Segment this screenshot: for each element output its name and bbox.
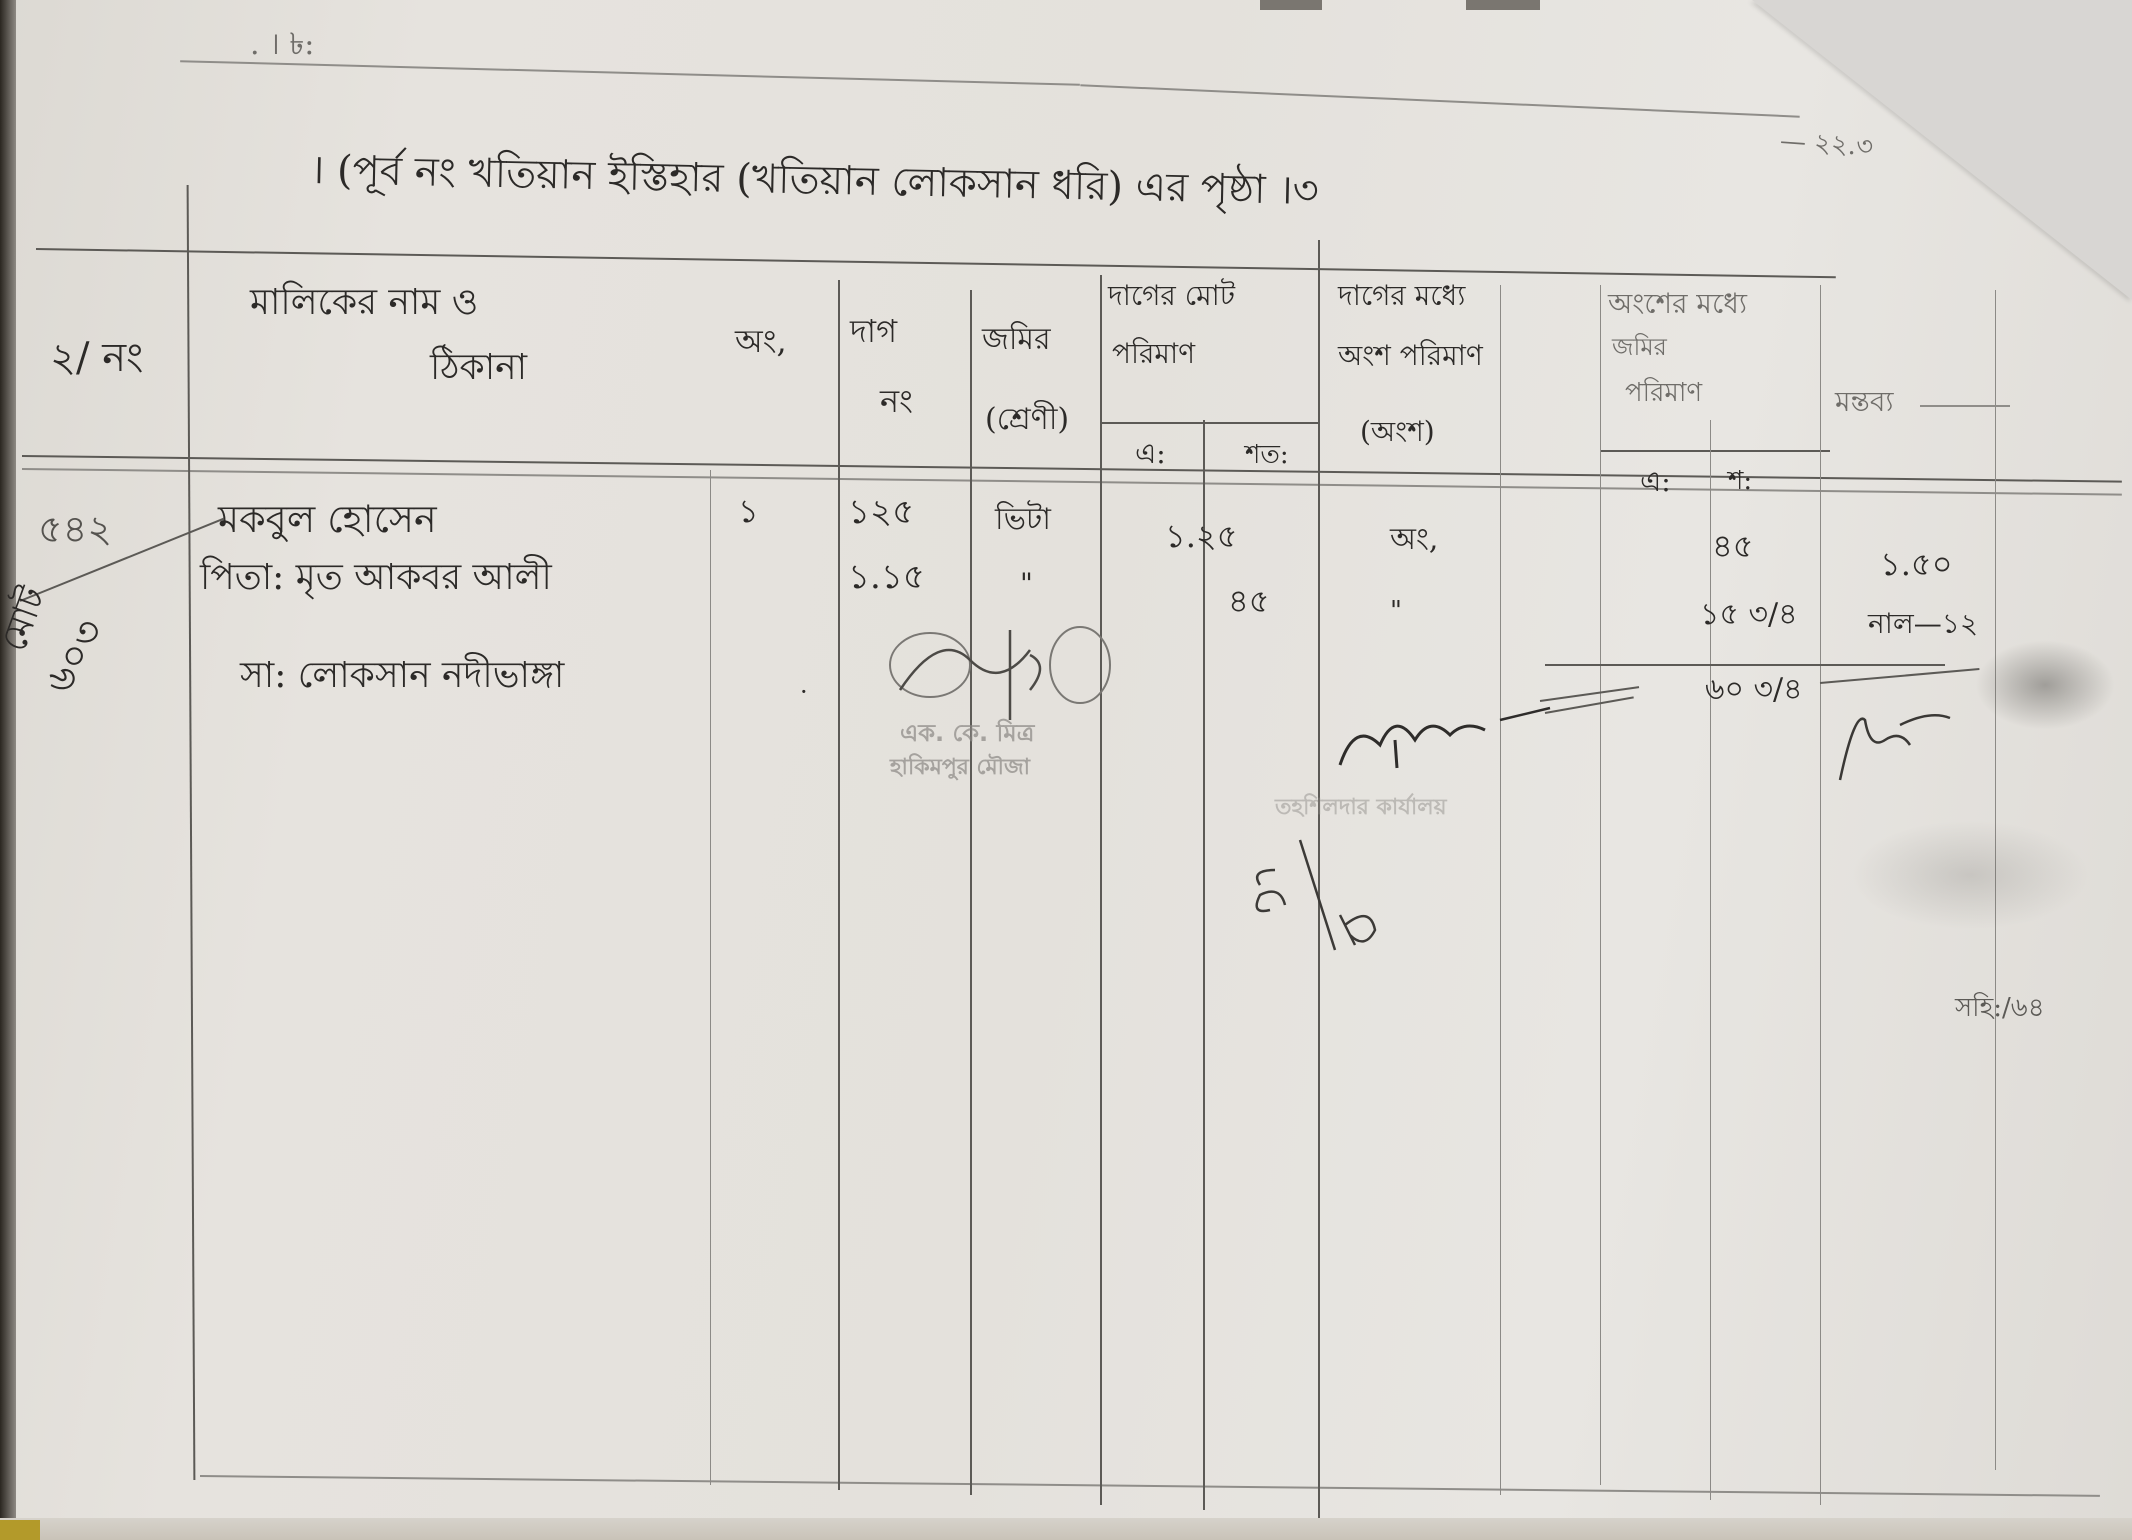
- top-faint-rule: [1080, 84, 1799, 117]
- right-margin-note: সহি:/৬৪: [1955, 995, 2045, 1021]
- header-total-area-line2: পরিমাণ: [1112, 340, 1195, 368]
- row2-name: পিতা: মৃত আকবর আলী: [200, 560, 552, 596]
- row2-share-in-dag: ": [1390, 598, 1402, 624]
- row1-name: মকবুল হোসেন: [218, 500, 437, 538]
- document-page: . । ৳: — ২২.৩ । (পূর্ব নং খতিয়ান ইস্তিহ…: [0, 0, 2132, 1540]
- faint-erased-text: [1850, 820, 2090, 930]
- column-rule: [710, 470, 711, 1485]
- total-rule: [1545, 664, 1945, 666]
- header-share-area-line3: পরিমাণ: [1625, 380, 1702, 406]
- background-surface: [0, 1520, 40, 1540]
- column-rule: [1820, 285, 1821, 1505]
- header-bottom-rule-double: [22, 468, 2122, 496]
- stamp-line1: এক. কে. মিত্র: [900, 715, 1034, 755]
- header-share-area-line2: জমির: [1612, 335, 1667, 359]
- row3-name: সা: লোকসান নদীভাঙ্গা: [240, 658, 564, 694]
- column-rule: [838, 280, 840, 1490]
- date-signature: [1240, 830, 1390, 970]
- header-total-area-line1: দাগের মোট: [1108, 282, 1235, 310]
- row2-remarks: নাল—১২: [1868, 610, 1978, 638]
- table-bottom-rule: [200, 1475, 2100, 1497]
- header-land-class-line2: (শ্রেণী): [985, 405, 1069, 435]
- row1-share-in-dag: অং,: [1390, 525, 1438, 555]
- top-right-mark: — ২২.৩: [1779, 128, 1874, 160]
- share-column-signature: [1335, 700, 1555, 780]
- officer-signature-scribble: [880, 620, 1120, 730]
- header-share-area-line1: অংশের মধ্যে: [1608, 290, 1747, 318]
- row3-serial: ৬০৩: [38, 612, 112, 700]
- header-serial: ২/ নং: [50, 338, 143, 378]
- document-title: । (পূর্ব নং খতিয়ান ইস্তিহার (খতিয়ান লো…: [310, 150, 1319, 211]
- header-dag-line2: নং: [880, 385, 913, 417]
- faint-stamp-right: তহশিলদার কার্যালয়: [1275, 790, 1447, 827]
- header-share-area-sub-acre: এ:: [1640, 468, 1671, 496]
- row1-serial: ৫৪২: [38, 510, 112, 548]
- row1-land-class: ভিটা: [995, 505, 1051, 535]
- header-top-rule: [36, 248, 1836, 278]
- row3-share-area-total: ৬০ ৩/৪: [1705, 675, 1803, 705]
- row2-land-class: ": [1020, 570, 1033, 598]
- row1-dag: ১২৫: [848, 495, 914, 529]
- remarks-dash: [1920, 405, 2010, 407]
- row2-dag: ১.১৫: [848, 560, 925, 594]
- top-binding-mark: [1260, 0, 1322, 10]
- column-rule: [187, 185, 196, 1480]
- page-shadow-edge: [0, 0, 16, 1540]
- row2-share-area: ১৫ ৩/৪: [1700, 600, 1798, 630]
- header-total-area-sub-acre: এ:: [1135, 440, 1166, 468]
- ink-smudge: [1975, 640, 2115, 730]
- column-rule: [1600, 285, 1601, 1485]
- top-faint-rule: [180, 60, 1080, 86]
- header-name-line1: মালিকের নাম ও: [250, 285, 478, 321]
- header-share-area-sub-decimal: শ:: [1728, 468, 1752, 494]
- row1-share: ১: [738, 495, 759, 527]
- row1-share-area: ৪৫: [1712, 530, 1754, 562]
- row2-total-area: ৪৫: [1228, 585, 1270, 617]
- area-subheader-rule: [1100, 422, 1318, 424]
- header-share-in-dag-line2: অংশ পরিমাণ: [1338, 342, 1483, 370]
- share-area-subheader-rule: [1600, 450, 1830, 452]
- header-share-in-dag-line1: দাগের মধ্যে: [1338, 282, 1465, 310]
- remarks-strike: [1820, 668, 1980, 684]
- header-remarks: মন্তব্য: [1835, 388, 1894, 416]
- top-binding-mark: [1466, 0, 1540, 10]
- header-share: অং,: [735, 325, 787, 357]
- page-bottom-edge: [0, 1518, 2132, 1540]
- header-bottom-rule: [22, 455, 2122, 483]
- row3-dot: ·: [800, 680, 808, 704]
- column-rule: [970, 290, 972, 1495]
- header-dag-line1: দাগ: [850, 315, 897, 347]
- row1-remarks: ১.৫০: [1880, 548, 1953, 580]
- column-rule: [1100, 275, 1102, 1505]
- top-margin-marks: . । ৳:: [250, 30, 314, 60]
- header-land-class-line1: জমির: [982, 325, 1051, 355]
- column-rule: [1500, 285, 1501, 1495]
- header-name-line2: ঠিকানা: [430, 350, 527, 386]
- stamp-line2: হাকিমপুর মৌজা: [890, 750, 1030, 787]
- header-share-in-dag-line3: (অংশ): [1360, 418, 1435, 446]
- column-rule: [1203, 420, 1205, 1510]
- row1-total-area: ১.২৫: [1165, 520, 1238, 552]
- header-total-area-sub-decimal: শত:: [1245, 442, 1289, 468]
- column-rule: [1710, 420, 1711, 1500]
